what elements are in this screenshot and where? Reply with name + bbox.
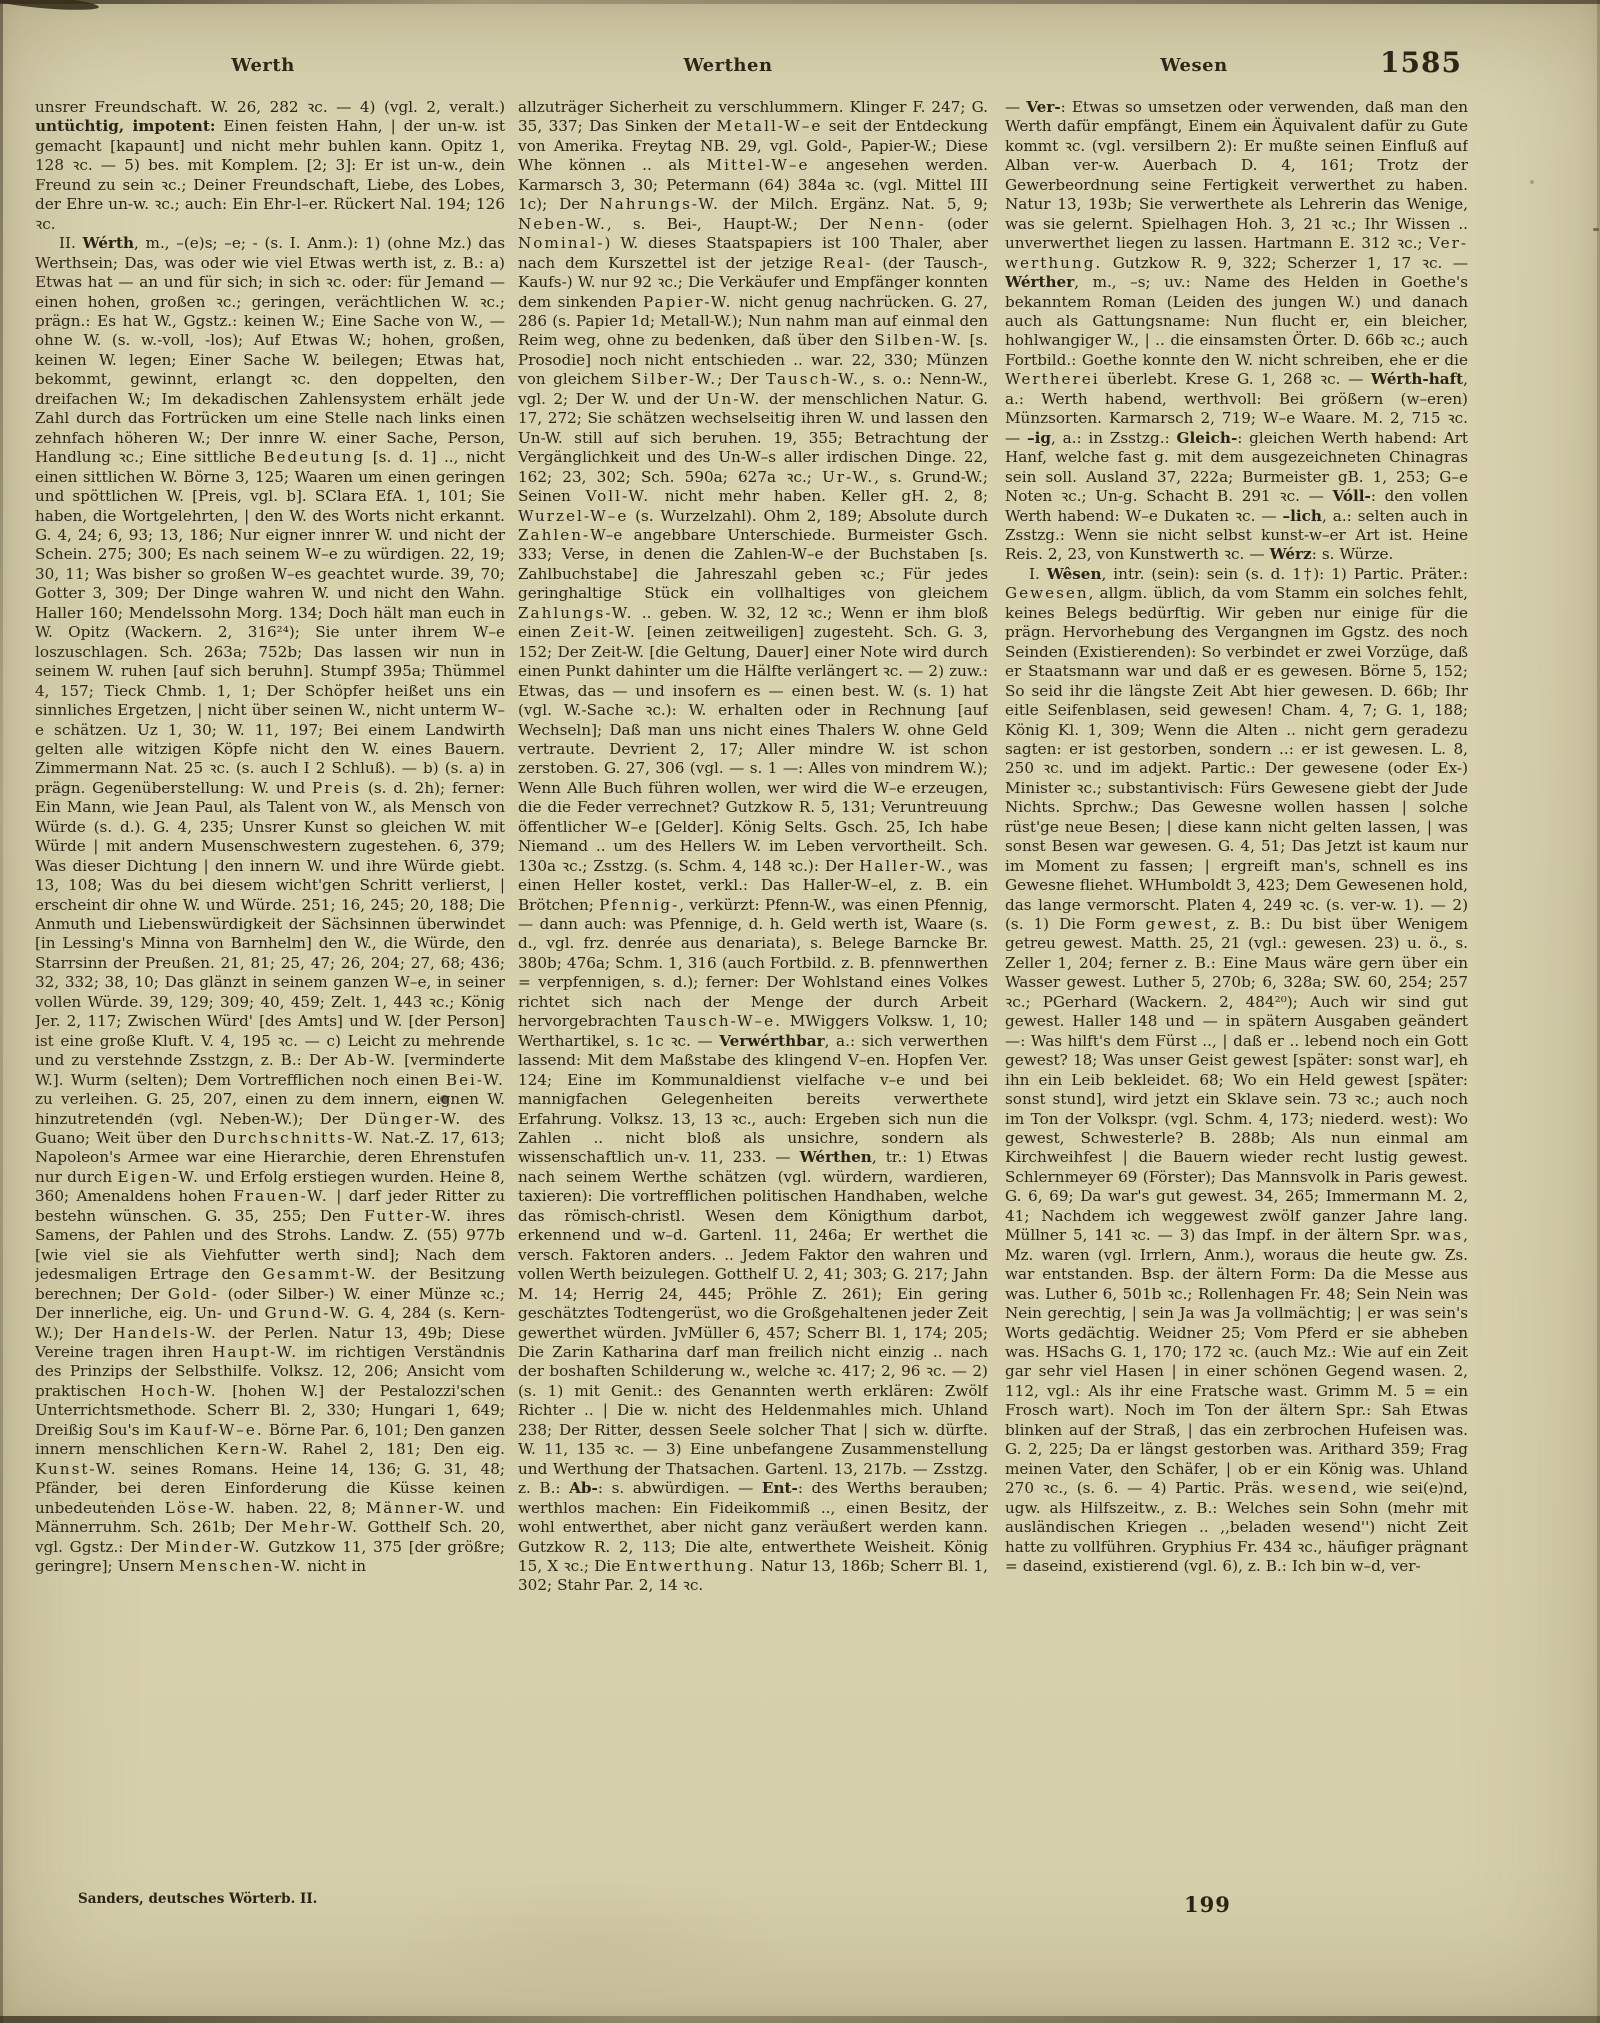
text-segment: , s. Bei-, Haupt-W.; Der bbox=[607, 215, 869, 233]
paper-stain bbox=[380, 1880, 800, 2000]
page-number: 1585 bbox=[1380, 46, 1462, 79]
text-segment: unsrer Freundschaft. W. 26, 282 ꝛc. — 4)… bbox=[35, 98, 505, 116]
dictionary-page: Werth Werthen Wesen 1585 unsrer Freundsc… bbox=[0, 0, 1600, 2023]
text-segment: Grund-W. bbox=[265, 1304, 352, 1322]
entry-headword: –ig bbox=[1027, 429, 1051, 447]
text-segment: was bbox=[1427, 1226, 1463, 1244]
text-column-2: allzuträger Sicherheit zu verschlummern.… bbox=[518, 98, 988, 1898]
text-segment: Minder-W. bbox=[165, 1538, 261, 1556]
sheet-number: 199 bbox=[1184, 1892, 1231, 1917]
text-segment: Rahel 2, 181; Den eig. bbox=[290, 1440, 505, 1458]
entry-headword: Gleich- bbox=[1177, 429, 1238, 447]
ink-blot bbox=[440, 1095, 449, 1103]
text-segment: Löse-W. bbox=[165, 1499, 237, 1517]
text-segment: Zahlungs-W. bbox=[518, 604, 633, 622]
text-segment: Durchschnitts-W. bbox=[213, 1129, 375, 1147]
text-segment: Hoch-W. bbox=[141, 1382, 218, 1400]
paragraph: I. Wêsen, intr. (sein): sein (s. d. 1†):… bbox=[1005, 565, 1468, 1577]
text-segment: Menschen-W. bbox=[179, 1557, 302, 1575]
text-segment: Papier-W. bbox=[643, 293, 733, 311]
text-segment: Ab-W. bbox=[344, 1051, 397, 1069]
text-segment: Silben-W. bbox=[874, 331, 963, 349]
text-segment: Metall-W–e bbox=[716, 117, 822, 135]
ink-speck bbox=[1530, 180, 1534, 184]
text-segment: [einen zeitweiligen] zugesteht. Sch. G. … bbox=[518, 623, 988, 874]
text-segment: (s. Wurzelzahl). Ohm 2, 189; Absolute du… bbox=[628, 507, 988, 525]
paragraph: allzuträger Sicherheit zu verschlummern.… bbox=[518, 98, 988, 1596]
text-segment: Ur-W. bbox=[822, 468, 874, 486]
text-segment: Tausch-W–e. bbox=[665, 1012, 782, 1030]
text-segment: Zeit-W. bbox=[570, 623, 637, 641]
running-head-right: Wesen bbox=[1160, 55, 1227, 76]
text-segment: , allgm. üblich, da vom Stamm ein solche… bbox=[1005, 584, 1468, 933]
text-segment: Frauen-W. bbox=[233, 1187, 329, 1205]
entry-headword: Wérz bbox=[1270, 545, 1312, 563]
text-segment: Handels-W. bbox=[112, 1324, 218, 1342]
entry-headword: untüchtig, impotent: bbox=[35, 117, 215, 135]
text-segment: Un-W. bbox=[707, 390, 762, 408]
text-segment: Gewesen bbox=[1005, 584, 1089, 602]
text-segment: — bbox=[1005, 98, 1026, 116]
text-segment: nicht in bbox=[302, 1557, 366, 1575]
text-segment: Gutzkow R. 9, 322; Scherzer 1, 17 ꝛc. — bbox=[1102, 254, 1468, 272]
text-segment: , tr.: 1) Etwas nach seinem Werthe schät… bbox=[518, 1148, 988, 1497]
text-segment: Nenn- bbox=[869, 215, 926, 233]
text-segment: Entwerthung. bbox=[626, 1557, 756, 1575]
text-segment: Kern-W. bbox=[217, 1440, 290, 1458]
text-segment: , m., –s; uv.: Name des Helden in Goethe… bbox=[1005, 273, 1468, 369]
text-segment: Bedeutung bbox=[263, 448, 365, 466]
text-segment: : Etwas so umsetzen oder verwenden, daß … bbox=[1005, 98, 1468, 252]
entry-headword: Verwérthbar bbox=[719, 1032, 824, 1050]
entry-headword: Wérth-haft bbox=[1371, 370, 1463, 388]
text-segment: Zahlen- bbox=[518, 526, 590, 544]
text-segment: Nahrungs-W. bbox=[599, 195, 720, 213]
text-segment: Futter-W. bbox=[364, 1207, 453, 1225]
text-segment: Wurzel-W–e bbox=[518, 507, 628, 525]
text-segment: , verkürzt: Pfenn-W., was einen Pfennig,… bbox=[518, 896, 988, 1031]
paragraph: unsrer Freundschaft. W. 26, 282 ꝛc. — 4)… bbox=[35, 98, 505, 234]
text-segment: der Milch. Ergänz. Nat. 5, 9; bbox=[720, 195, 988, 213]
text-segment: wesend bbox=[1282, 1479, 1352, 1497]
text-segment: Voll-W. bbox=[586, 487, 651, 505]
entry-headword: Vóll- bbox=[1332, 487, 1370, 505]
ink-speck bbox=[120, 1500, 123, 1503]
entry-headword: Wérthen bbox=[800, 1148, 872, 1166]
ink-speck bbox=[1593, 228, 1599, 231]
text-segment: Preis bbox=[312, 779, 361, 797]
text-segment: , intr. (sein): sein (s. d. 1†): 1) Part… bbox=[1102, 565, 1468, 583]
entry-headword: Ent- bbox=[762, 1479, 798, 1497]
paragraph: II. Wérth, m., –(e)s; –e; - (s. I. Anm.)… bbox=[35, 234, 505, 1576]
entry-headword: Wérth bbox=[83, 234, 135, 252]
text-segment: Wertherei bbox=[1005, 370, 1100, 388]
text-segment: Mehr-W. bbox=[281, 1518, 359, 1536]
running-head-left: Werth bbox=[231, 55, 295, 76]
scan-edge-bottom bbox=[0, 2016, 1600, 2023]
text-segment: Kunst-W. bbox=[35, 1460, 118, 1478]
text-segment: Pfennig- bbox=[599, 896, 679, 914]
text-segment: Neben-W. bbox=[518, 215, 607, 233]
entry-headword: Ab- bbox=[569, 1479, 598, 1497]
text-segment: Haupt-W. bbox=[212, 1343, 298, 1361]
text-segment: (oder bbox=[926, 215, 988, 233]
text-segment: Kauf-W–e. bbox=[169, 1421, 264, 1439]
running-head-center: Werthen bbox=[683, 55, 772, 76]
entry-headword: –lich bbox=[1283, 507, 1322, 525]
text-segment: Bei-W. bbox=[446, 1071, 505, 1089]
text-segment: nicht mehr haben. Keller gH. 2, 8; bbox=[650, 487, 988, 505]
text-segment: , a.: sich verwerthen lassend: Mit dem M… bbox=[518, 1032, 988, 1167]
text-segment: Dünger-W. bbox=[364, 1110, 462, 1128]
text-segment: Real- bbox=[823, 254, 872, 272]
text-segment: : s. abwürdigen. — bbox=[598, 1479, 762, 1497]
text-segment: Gold- bbox=[168, 1285, 219, 1303]
entry-headword: Wérther bbox=[1005, 273, 1074, 291]
text-segment: Haller-W. bbox=[859, 857, 947, 875]
text-segment: Gesammt-W. bbox=[263, 1265, 378, 1283]
text-segment: : s. Würze. bbox=[1312, 545, 1394, 563]
text-segment: II. bbox=[59, 234, 83, 252]
text-segment: [s. d. 1] .., nicht einen sittlichen W. … bbox=[35, 448, 505, 797]
text-segment: , z. B.: Du bist über Wenigem getreu gew… bbox=[1005, 915, 1468, 1244]
ink-speck bbox=[1251, 124, 1259, 131]
text-segment: (s. d. 2h); ferner: Ein Mann, wie Jean P… bbox=[35, 779, 505, 1069]
text-segment: gewest bbox=[1146, 915, 1213, 933]
text-segment: ; Der bbox=[717, 370, 766, 388]
text-segment: , m., –(e)s; –e; - (s. I. Anm.): 1) (ohn… bbox=[35, 234, 505, 466]
text-segment: überlebt. Krese G. 1, 268 ꝛc. — bbox=[1100, 370, 1371, 388]
text-segment: Männer-W. bbox=[366, 1499, 467, 1517]
scan-edge-left bbox=[0, 0, 3, 2023]
entry-headword: Wêsen bbox=[1047, 565, 1102, 583]
text-segment: Mittel-W–e bbox=[707, 156, 810, 174]
text-segment: Silber-W. bbox=[631, 370, 717, 388]
text-segment: Eigen-W. bbox=[117, 1168, 200, 1186]
scan-corner-mark bbox=[0, 0, 99, 13]
text-segment: Tausch-W. bbox=[766, 370, 860, 388]
text-segment: , a.: in Zsstzg.: bbox=[1051, 429, 1177, 447]
text-segment: , Mz. waren (vgl. Irrlern, Anm.), woraus… bbox=[1005, 1226, 1468, 1497]
text-segment: Nominal- bbox=[518, 234, 605, 252]
text-column-1: unsrer Freundschaft. W. 26, 282 ꝛc. — 4)… bbox=[35, 98, 505, 1898]
ink-speck bbox=[139, 1113, 143, 1117]
scan-edge-top bbox=[0, 0, 1600, 4]
entry-headword: Ver- bbox=[1026, 98, 1060, 116]
volume-signature: Sanders, deutsches Wörterb. II. bbox=[78, 1891, 317, 1907]
text-segment: haben. 22, 8; bbox=[237, 1499, 366, 1517]
text-segment: I. bbox=[1029, 565, 1047, 583]
paragraph: — Ver-: Etwas so umsetzen oder verwenden… bbox=[1005, 98, 1468, 565]
text-column-3: — Ver-: Etwas so umsetzen oder verwenden… bbox=[1005, 98, 1468, 1898]
